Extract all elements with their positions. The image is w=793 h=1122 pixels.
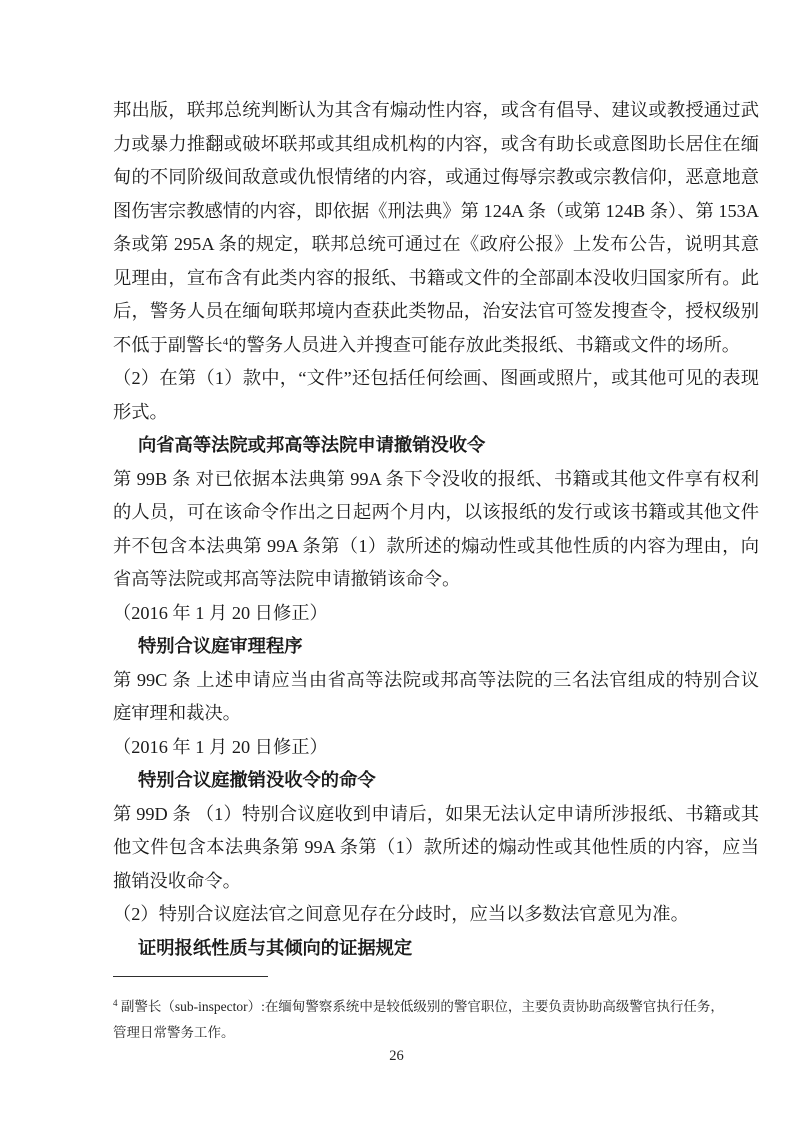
text-run: 第 99C 条 上述申请应当由省高等法院或邦高等法院的三名法官组成的特别合议庭审…	[113, 670, 759, 724]
text-run: 特别合议庭撤销没收令的命令	[138, 770, 376, 790]
section-heading: 特别合议庭审理程序	[113, 630, 759, 664]
section-heading: 证明报纸性质与其倾向的证据规定	[113, 932, 759, 966]
document-page: 邦出版，联邦总统判断认为其含有煽动性内容，或含有倡导、建议或教授通过武力或暴力推…	[0, 0, 793, 1122]
section-heading: 向省高等法院或邦高等法院申请撤销没收令	[113, 429, 759, 463]
text-run: 证明报纸性质与其倾向的证据规定	[138, 938, 412, 958]
text-run: （2016 年 1 月 20 日修正）	[113, 603, 328, 623]
text-run: 邦出版，联邦总统判断认为其含有煽动性内容，或含有倡导、建议或教授通过武力或暴力推…	[113, 100, 759, 355]
footnote-separator	[113, 976, 268, 977]
footnote-area: 4 副警长（sub-inspector）:在缅甸警察系统中是较低级别的警官职位，…	[113, 976, 733, 1046]
text-run: 副警长（sub-inspector）:在缅甸警察系统中是较低级别的警官职位，主要…	[113, 999, 724, 1040]
paragraph: 第 99B 条 对已依据本法典第 99A 条下令没收的报纸、书籍或其他文件享有权…	[113, 463, 759, 597]
text-run: （2）特别合议庭法官之间意见存在分歧时，应当以多数法官意见为准。	[113, 904, 689, 924]
text-run: （2016 年 1 月 20 日修正）	[113, 737, 328, 757]
paragraph: （2）特别合议庭法官之间意见存在分歧时，应当以多数法官意见为准。	[113, 898, 759, 932]
text-run: （2）在第（1）款中，“文件”还包括任何绘画、图画或照片，或其他可见的表现形式。	[113, 368, 759, 422]
text-run: 第 99B 条 对已依据本法典第 99A 条下令没收的报纸、书籍或其他文件享有权…	[113, 469, 759, 590]
paragraph: 第 99C 条 上述申请应当由省高等法院或邦高等法院的三名法官组成的特别合议庭审…	[113, 664, 759, 731]
page-number: 26	[0, 1048, 793, 1065]
paragraph: （2016 年 1 月 20 日修正）	[113, 597, 759, 631]
paragraph: （2016 年 1 月 20 日修正）	[113, 731, 759, 765]
text-run: 向省高等法院或邦高等法院申请撤销没收令	[138, 435, 485, 455]
footnote: 4 副警长（sub-inspector）:在缅甸警察系统中是较低级别的警官职位，…	[113, 994, 733, 1046]
paragraph: 邦出版，联邦总统判断认为其含有煽动性内容，或含有倡导、建议或教授通过武力或暴力推…	[113, 94, 759, 362]
paragraph: （2）在第（1）款中，“文件”还包括任何绘画、图画或照片，或其他可见的表现形式。	[113, 362, 759, 429]
section-heading: 特别合议庭撤销没收令的命令	[113, 764, 759, 798]
text-run: 特别合议庭审理程序	[138, 636, 303, 656]
text-run: 的警务人员进入并搜查可能存放此类报纸、书籍或文件的场所。	[228, 335, 740, 355]
paragraph: 第 99D 条 （1）特别合议庭收到申请后，如果无法认定申请所涉报纸、书籍或其他…	[113, 798, 759, 899]
text-run: 第 99D 条 （1）特别合议庭收到申请后，如果无法认定申请所涉报纸、书籍或其他…	[113, 804, 759, 891]
document-body: 邦出版，联邦总统判断认为其含有煽动性内容，或含有倡导、建议或教授通过武力或暴力推…	[113, 94, 759, 965]
